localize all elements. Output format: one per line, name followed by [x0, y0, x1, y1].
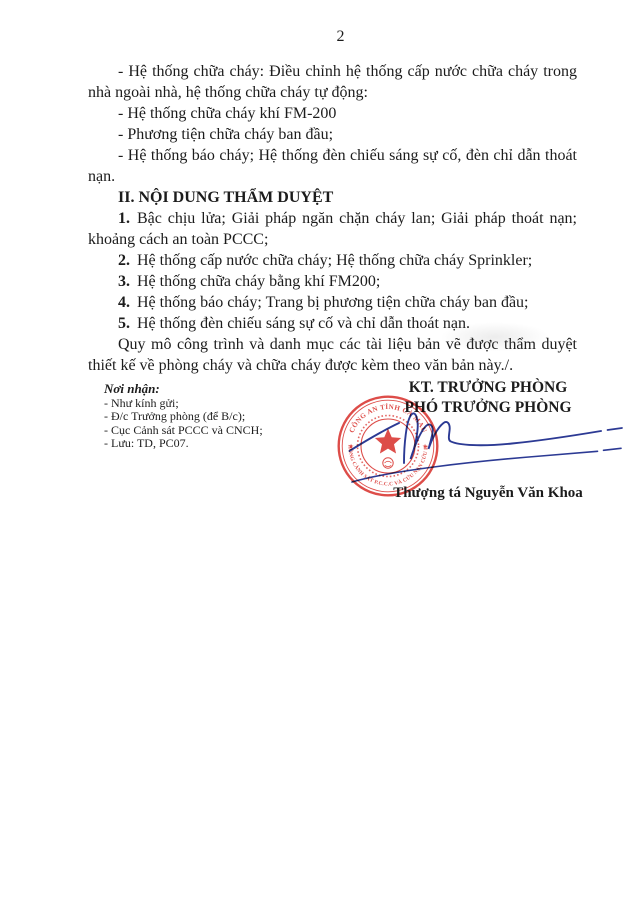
page-number: 2: [0, 0, 637, 47]
numbered-item: 4.Hệ thống báo cháy; Trang bị phương tiệ…: [88, 292, 577, 313]
signer-name: Thượng tá Nguyễn Văn Khoa: [388, 483, 588, 504]
item-text: Hệ thống đèn chiếu sáng sự cố và chỉ dẫn…: [137, 315, 470, 332]
numbered-item: 1.Bậc chịu lửa; Giải pháp ngăn chặn cháy…: [88, 208, 577, 250]
signature-upper-dash: [608, 428, 623, 430]
item-text: Hệ thống chữa cháy bằng khí FM200;: [137, 273, 380, 290]
document-page: 2 - Hệ thống chữa cháy: Điều chỉnh hệ th…: [0, 0, 637, 900]
signature-main-stroke: [350, 413, 602, 463]
item-number: 4.: [118, 294, 130, 311]
item-number: 3.: [118, 273, 130, 290]
recipient-line: - Cục Cảnh sát PCCC và CNCH;: [104, 424, 263, 438]
item-number: 1.: [118, 210, 130, 227]
handwritten-signature: [336, 398, 636, 490]
bullet-paragraph: - Hệ thống chữa cháy: Điều chỉnh hệ thốn…: [88, 61, 577, 103]
recipient-line: - Lưu: TD, PC07.: [104, 437, 263, 451]
bullet-paragraph: - Hệ thống chữa cháy khí FM-200: [88, 103, 577, 124]
section-heading: II. NỘI DUNG THẨM DUYỆT: [88, 187, 577, 208]
signature-lower-flourish: [352, 451, 598, 482]
signature-area: Nơi nhận: - Như kính gửi; - Đ/c Trưởng p…: [0, 376, 637, 576]
bullet-paragraph: - Hệ thống báo cháy; Hệ thống đèn chiếu …: [88, 145, 577, 187]
item-text: Hệ thống báo cháy; Trang bị phương tiện …: [137, 294, 529, 311]
bullet-paragraph: - Phương tiện chữa cháy ban đầu;: [88, 124, 577, 145]
recipients-title: Nơi nhận:: [104, 382, 263, 396]
item-text: Hệ thống cấp nước chữa cháy; Hệ thống ch…: [137, 252, 532, 269]
item-number: 2.: [118, 252, 130, 269]
recipient-line: - Như kính gửi;: [104, 397, 263, 411]
scan-smudge: [440, 322, 550, 352]
recipients-block: Nơi nhận: - Như kính gửi; - Đ/c Trưởng p…: [104, 382, 263, 451]
signature-lower-dash: [604, 448, 622, 450]
numbered-item: 3.Hệ thống chữa cháy bằng khí FM200;: [88, 271, 577, 292]
numbered-item: 2.Hệ thống cấp nước chữa cháy; Hệ thống …: [88, 250, 577, 271]
recipient-line: - Đ/c Trưởng phòng (để B/c);: [104, 410, 263, 424]
item-text: Bậc chịu lửa; Giải pháp ngăn chặn cháy l…: [88, 210, 577, 248]
item-number: 5.: [118, 315, 130, 332]
